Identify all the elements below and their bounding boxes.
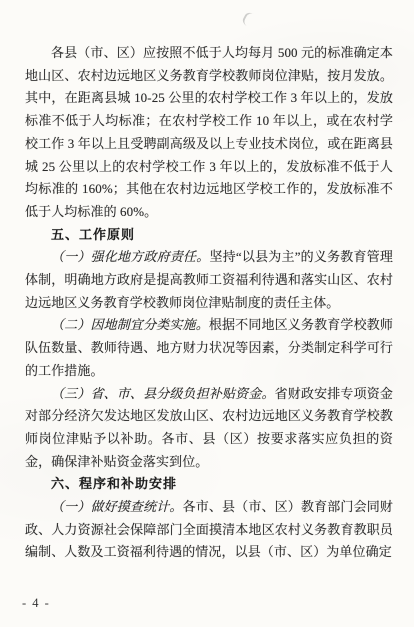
item-lead-label: （二）因地制宜分类实施。 bbox=[51, 317, 209, 332]
document-page: 各县（市、区）应按照不低于人均每月 500 元的标准确定本地山区、农村边远地区义… bbox=[0, 0, 414, 627]
item-strengthen-local-government-responsibility: （一）强化地方政府责任。坚持“以县为主”的义务教育管理体制，明确地方政府是提高教… bbox=[25, 246, 393, 314]
page-number: - 4 - bbox=[22, 596, 50, 611]
item-lead-label: （三）省、市、县分级负担补贴资金。 bbox=[51, 386, 275, 401]
section-heading-work-principles: 五、工作原则 bbox=[25, 224, 393, 247]
document-body: 各县（市、区）应按照不低于人均每月 500 元的标准确定本地山区、农村边远地区义… bbox=[25, 42, 393, 564]
item-lead-label: （一）做好摸查统计。 bbox=[51, 499, 183, 514]
item-tiered-funding-responsibility: （三）省、市、县分级负担补贴资金。省财政安排专项资金对部分经济欠发达地区发放山区… bbox=[25, 383, 393, 474]
section-heading-procedures-subsidy-arrangement: 六、程序和补助安排 bbox=[25, 473, 393, 496]
item-survey-statistics: （一）做好摸查统计。各市、县（市、区）教育部门会同财政、人力资源社会保障部门全面… bbox=[25, 496, 393, 564]
item-classified-implementation: （二）因地制宜分类实施。根据不同地区义务教育学校教师队伍数量、教师待遇、地方财力… bbox=[25, 314, 393, 382]
item-lead-label: （一）强化地方政府责任。 bbox=[51, 249, 209, 264]
paragraph-subsidy-standards: 各县（市、区）应按照不低于人均每月 500 元的标准确定本地山区、农村边远地区义… bbox=[25, 42, 393, 224]
scan-smudge-artifact bbox=[241, 11, 263, 32]
